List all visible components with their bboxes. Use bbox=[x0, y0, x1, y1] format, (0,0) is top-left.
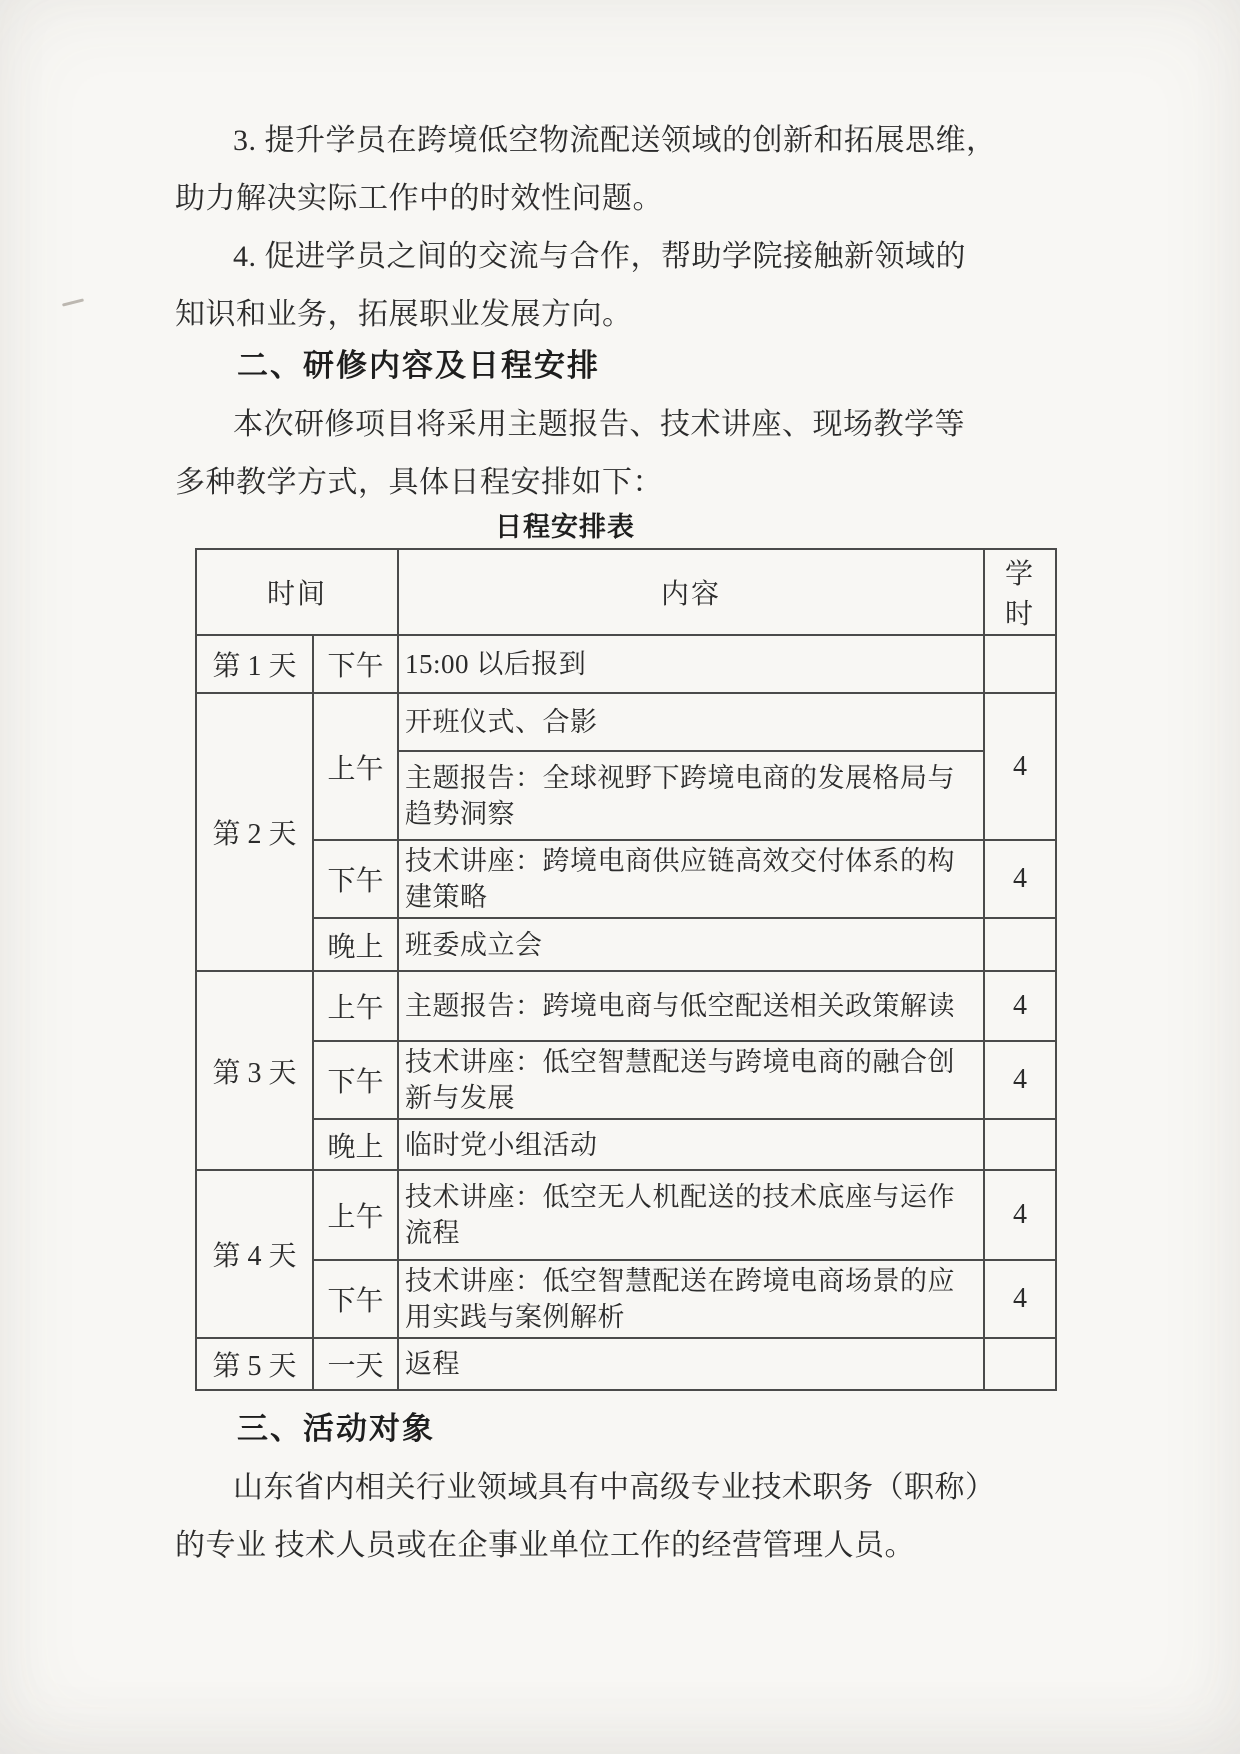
period-cell: 晚上 bbox=[313, 1119, 398, 1170]
hours-cell-empty bbox=[984, 635, 1056, 693]
content-cell: 技术讲座：跨境电商供应链高效交付体系的构建策略 bbox=[398, 840, 984, 918]
period-cell: 上午 bbox=[313, 971, 398, 1041]
header-content: 内容 bbox=[398, 549, 984, 635]
objectives-paragraph-4: 4. 促进学员之间的交流与合作，帮助学院接触新领域的 知识和业务，拓展职业发展方… bbox=[175, 228, 975, 344]
table-header-row: 时间 内容 学时 bbox=[196, 549, 1056, 635]
text-line: 的专业 技术人员或在企事业单位工作的经营管理人员。 bbox=[175, 1517, 975, 1575]
day-cell: 第 1 天 bbox=[196, 635, 313, 693]
text-line: 山东省内相关行业领域具有中高级专业技术职务（职称） bbox=[175, 1459, 975, 1517]
table-row: 第 3 天 上午 主题报告：跨境电商与低空配送相关政策解读 4 bbox=[196, 971, 1056, 1041]
hours-cell: 4 bbox=[984, 1260, 1056, 1338]
text-line: 4. 促进学员之间的交流与合作，帮助学院接触新领域的 bbox=[175, 228, 975, 286]
text-line: 助力解决实际工作中的时效性问题。 bbox=[175, 170, 975, 228]
content-cell: 技术讲座：低空无人机配送的技术底座与运作流程 bbox=[398, 1170, 984, 1260]
content-cell: 班委成立会 bbox=[398, 918, 984, 971]
hours-cell: 4 bbox=[984, 971, 1056, 1041]
day-cell: 第 3 天 bbox=[196, 971, 313, 1170]
table-row: 第 2 天 上午 开班仪式、合影 4 bbox=[196, 693, 1056, 751]
content-cell: 15:00 以后报到 bbox=[398, 635, 984, 693]
content-cell: 返程 bbox=[398, 1338, 984, 1390]
table-row: 下午 技术讲座：跨境电商供应链高效交付体系的构建策略 4 bbox=[196, 840, 1056, 918]
table-row: 第 1 天 下午 15:00 以后报到 bbox=[196, 635, 1056, 693]
hours-cell: 4 bbox=[984, 693, 1056, 840]
hours-cell-empty bbox=[984, 918, 1056, 971]
text-line: 知识和业务，拓展职业发展方向。 bbox=[175, 286, 975, 344]
scan-artifact-mark bbox=[62, 298, 84, 306]
period-cell: 下午 bbox=[313, 635, 398, 693]
day-cell: 第 4 天 bbox=[196, 1170, 313, 1338]
hours-cell-empty bbox=[984, 1119, 1056, 1170]
period-cell: 上午 bbox=[313, 1170, 398, 1260]
hours-cell: 4 bbox=[984, 1170, 1056, 1260]
table-row: 第 5 天 一天 返程 bbox=[196, 1338, 1056, 1390]
schedule-table-title: 日程安排表 bbox=[175, 512, 955, 542]
content-cell: 技术讲座：低空智慧配送在跨境电商场景的应用实践与案例解析 bbox=[398, 1260, 984, 1338]
hours-cell: 4 bbox=[984, 1041, 1056, 1119]
hours-cell-empty bbox=[984, 1338, 1056, 1390]
content-cell: 临时党小组活动 bbox=[398, 1119, 984, 1170]
table-row: 晚上 临时党小组活动 bbox=[196, 1119, 1056, 1170]
table-row: 晚上 班委成立会 bbox=[196, 918, 1056, 971]
content-cell: 主题报告：全球视野下跨境电商的发展格局与趋势洞察 bbox=[398, 751, 984, 840]
day-cell: 第 2 天 bbox=[196, 693, 313, 971]
content-cell: 主题报告：跨境电商与低空配送相关政策解读 bbox=[398, 971, 984, 1041]
content-cell: 技术讲座：低空智慧配送与跨境电商的融合创新与发展 bbox=[398, 1041, 984, 1119]
text-line: 本次研修项目将采用主题报告、技术讲座、现场教学等 bbox=[175, 396, 975, 454]
document-content: 3. 提升学员在跨境低空物流配送领域的创新和拓展思维， 助力解决实际工作中的时效… bbox=[175, 112, 975, 1575]
objectives-paragraph-3: 3. 提升学员在跨境低空物流配送领域的创新和拓展思维， 助力解决实际工作中的时效… bbox=[175, 112, 975, 228]
section-2-heading: 二、研修内容及日程安排 bbox=[175, 344, 975, 388]
period-cell: 下午 bbox=[313, 1041, 398, 1119]
section-3-paragraph: 山东省内相关行业领域具有中高级专业技术职务（职称） 的专业 技术人员或在企事业单… bbox=[175, 1459, 975, 1575]
period-cell: 一天 bbox=[313, 1338, 398, 1390]
period-cell: 晚上 bbox=[313, 918, 398, 971]
header-time: 时间 bbox=[196, 549, 398, 635]
hours-cell: 4 bbox=[984, 840, 1056, 918]
period-cell: 下午 bbox=[313, 1260, 398, 1338]
content-cell: 开班仪式、合影 bbox=[398, 693, 984, 751]
header-hours: 学时 bbox=[984, 549, 1056, 635]
text-line: 多种教学方式，具体日程安排如下： bbox=[175, 454, 975, 512]
text-line: 3. 提升学员在跨境低空物流配送领域的创新和拓展思维， bbox=[175, 112, 975, 170]
scanned-document-page: 3. 提升学员在跨境低空物流配送领域的创新和拓展思维， 助力解决实际工作中的时效… bbox=[0, 0, 1240, 1754]
period-cell: 上午 bbox=[313, 693, 398, 840]
day-cell: 第 5 天 bbox=[196, 1338, 313, 1390]
table-row: 下午 技术讲座：低空智慧配送与跨境电商的融合创新与发展 4 bbox=[196, 1041, 1056, 1119]
section-3-heading: 三、活动对象 bbox=[175, 1407, 975, 1451]
table-row: 第 4 天 上午 技术讲座：低空无人机配送的技术底座与运作流程 4 bbox=[196, 1170, 1056, 1260]
table-row: 下午 技术讲座：低空智慧配送在跨境电商场景的应用实践与案例解析 4 bbox=[196, 1260, 1056, 1338]
section-2-intro-paragraph: 本次研修项目将采用主题报告、技术讲座、现场教学等 多种教学方式，具体日程安排如下… bbox=[175, 396, 975, 512]
period-cell: 下午 bbox=[313, 840, 398, 918]
schedule-table: 时间 内容 学时 第 1 天 下午 15:00 以后报到 第 2 天 上午 开班… bbox=[195, 548, 1057, 1391]
